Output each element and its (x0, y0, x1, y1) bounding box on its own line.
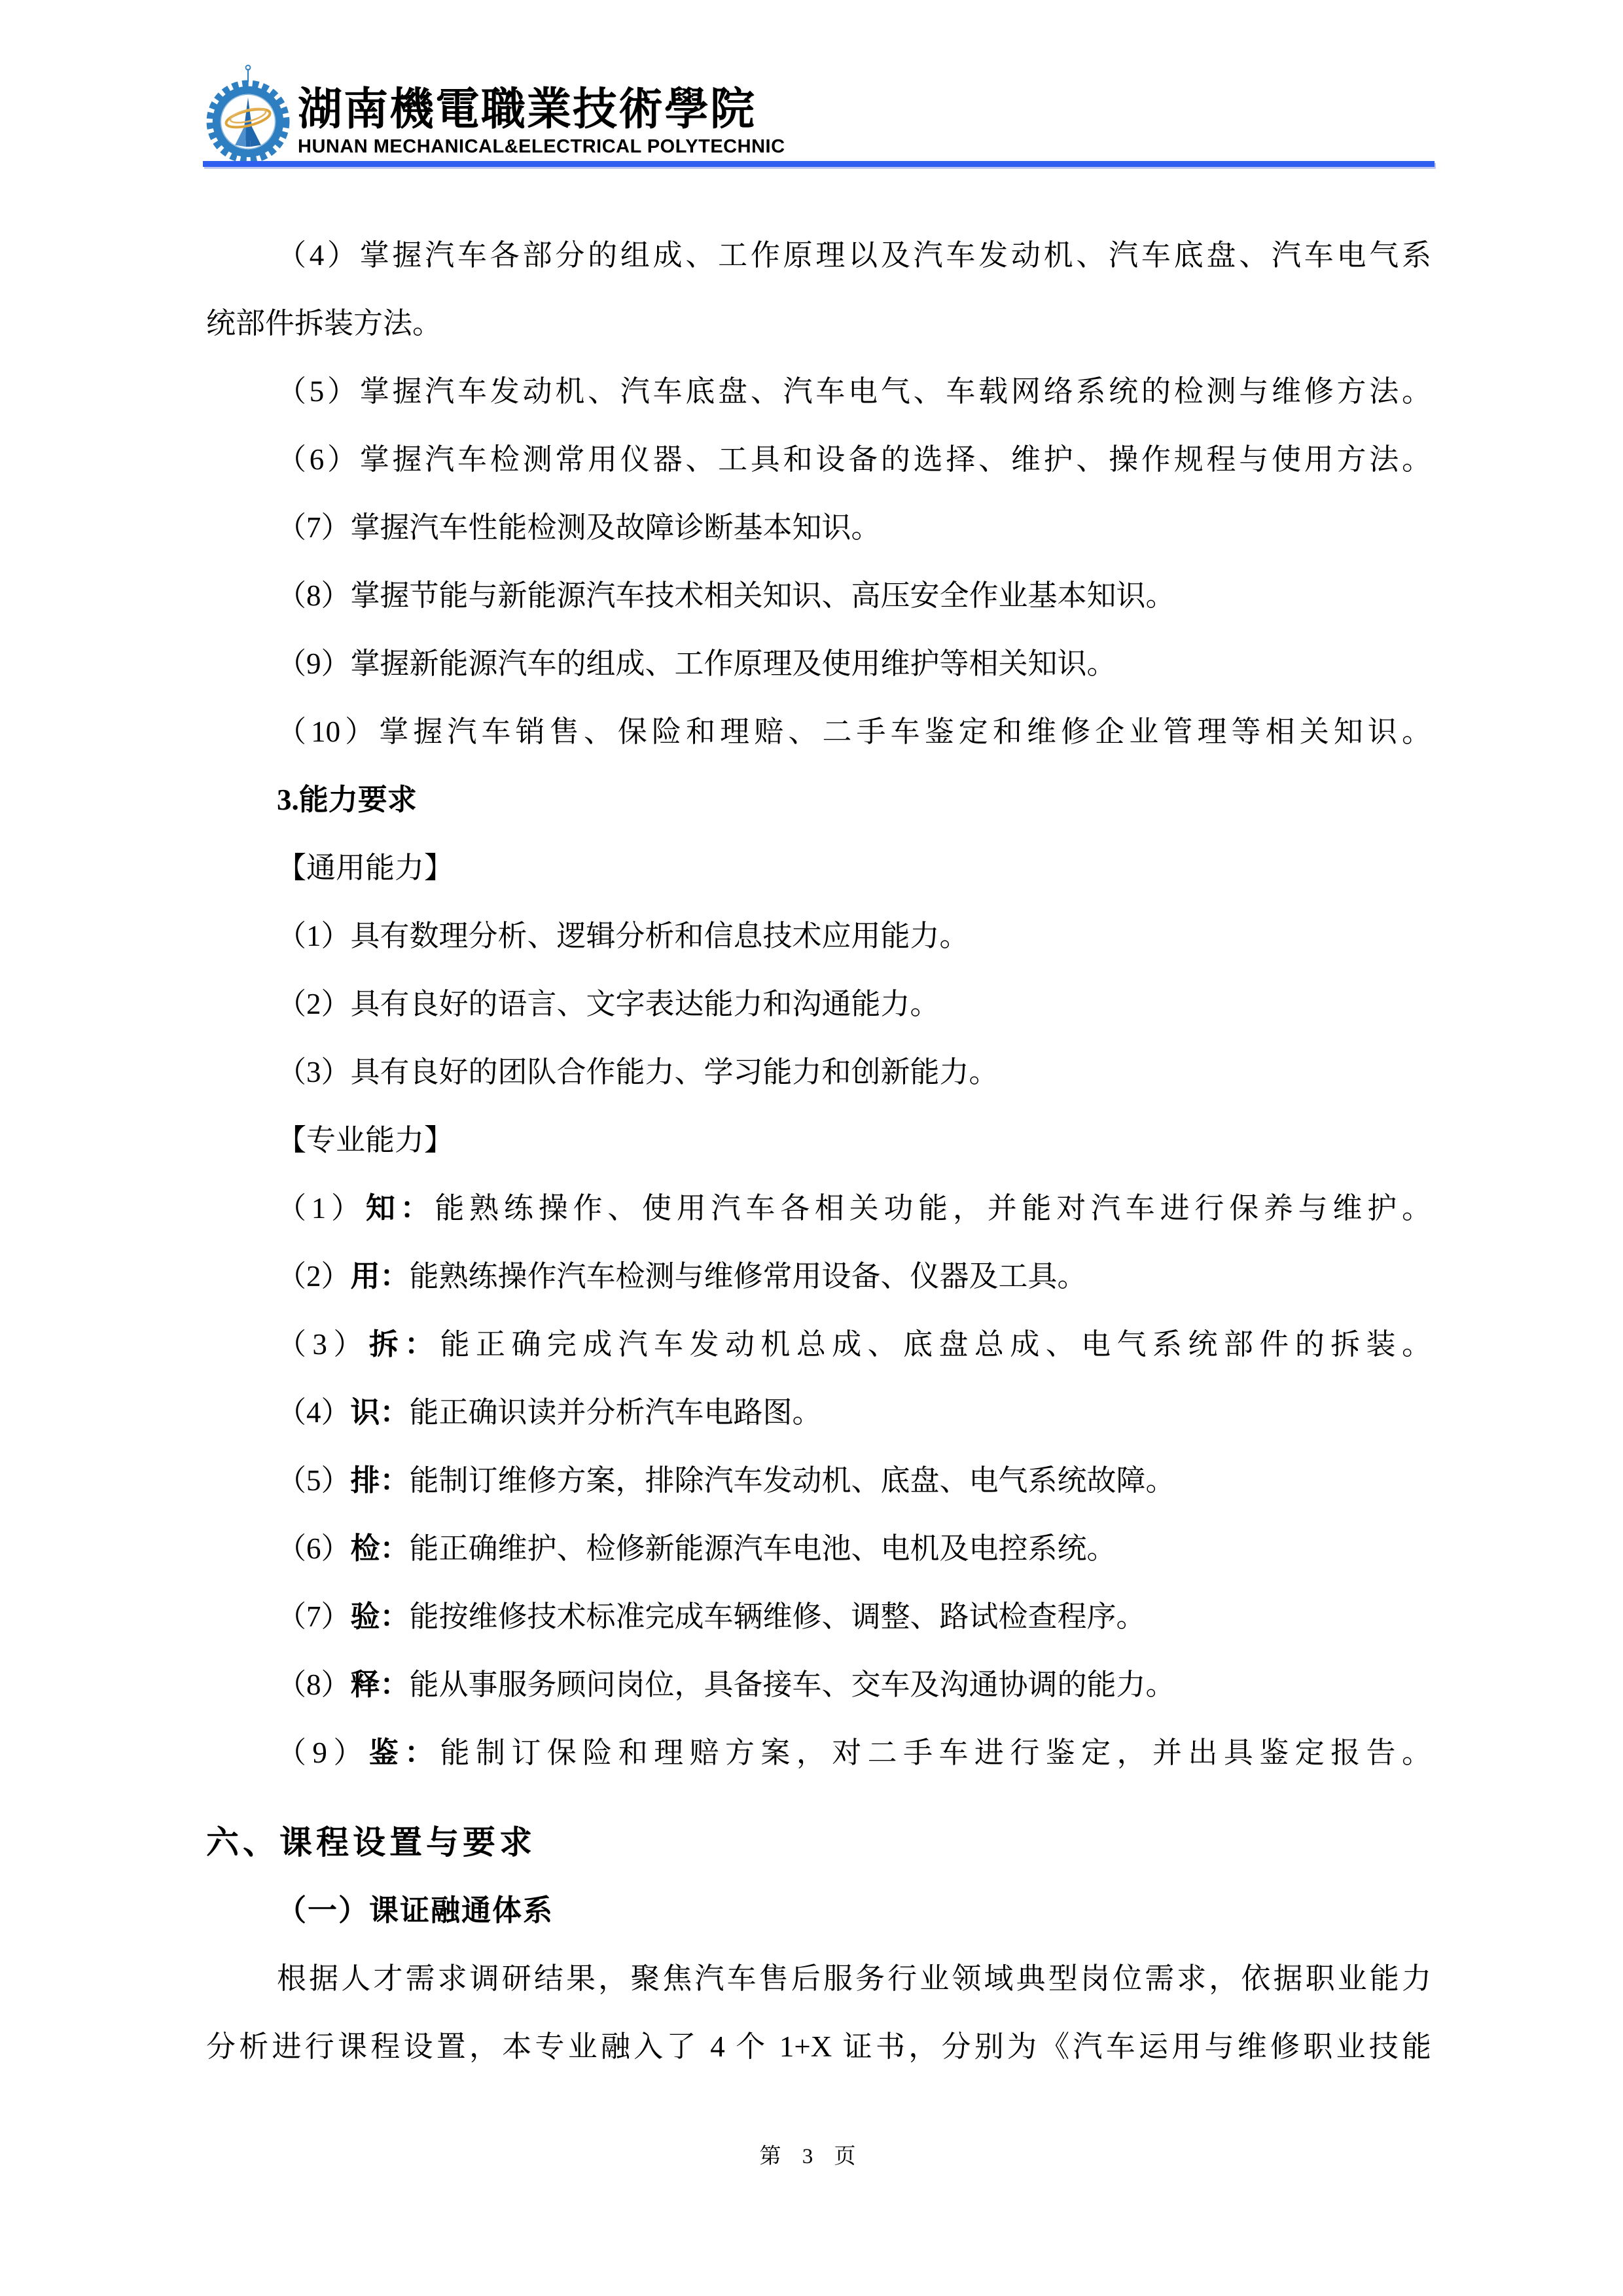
subheading-text: （一）课证融通体系 (277, 1894, 554, 1927)
item-text: 能制订维修方案，排除汽车发动机、底盘、电气系统故障。 (410, 1464, 1175, 1497)
item-number: （4） (277, 239, 360, 272)
item-number: （9） (277, 1736, 369, 1769)
item-number: （9） (277, 647, 351, 680)
item-text: 具有数理分析、逻辑分析和信息技术应用能力。 (351, 920, 969, 952)
professional-ability-item-9: （9）鉴：能制订保险和理赔方案，对二手车进行鉴定，并出具鉴定报告。 (206, 1719, 1431, 1787)
item-number: （5） (277, 375, 360, 408)
item-number: （1） (277, 1192, 366, 1225)
label-text: 【专业能力】 (277, 1124, 454, 1157)
item-text: 能按维修技术标准完成车辆维修、调整、路试检查程序。 (410, 1600, 1146, 1633)
item-keyword: 鉴： (369, 1736, 440, 1769)
general-ability-item-2: （2）具有良好的语言、文字表达能力和沟通能力。 (206, 970, 1431, 1038)
document-page: 湖南機電職業技術學院 HUNAN MECHANICAL&ELECTRICAL P… (0, 0, 1623, 2296)
item-keyword: 用： (351, 1260, 410, 1293)
item-text: 掌握新能源汽车的组成、工作原理及使用维护等相关知识。 (351, 647, 1116, 680)
knowledge-item-4-line2: 统部件拆装方法。 (206, 289, 1431, 357)
knowledge-item-5: （5）掌握汽车发动机、汽车底盘、汽车电气、车载网络系统的检测与维修方法。 (206, 357, 1431, 425)
item-text: 掌握汽车各部分的组成、工作原理以及汽车发动机、汽车底盘、汽车电气系 (360, 239, 1431, 272)
professional-ability-item-1: （1）知：能熟练操作、使用汽车各相关功能，并能对汽车进行保养与维护。 (206, 1174, 1431, 1242)
item-keyword: 验： (351, 1600, 410, 1633)
knowledge-item-7: （7）掌握汽车性能检测及故障诊断基本知识。 (206, 493, 1431, 562)
item-text: 能制订保险和理赔方案，对二手车进行鉴定，并出具鉴定报告。 (440, 1736, 1431, 1769)
item-number: （6） (277, 443, 360, 476)
item-text: 掌握节能与新能源汽车技术相关知识、高压安全作业基本知识。 (351, 579, 1175, 612)
item-number: （3） (277, 1056, 351, 1088)
professional-ability-label: 【专业能力】 (206, 1106, 1431, 1174)
paragraph-text: 根据人才需求调研结果，聚焦汽车售后服务行业领域典型岗位需求，依据职业能力 (277, 1962, 1431, 1995)
item-number: （2） (277, 988, 351, 1020)
item-keyword: 排： (351, 1464, 410, 1497)
header-divider-line (203, 161, 1435, 167)
item-text: 能正确完成汽车发动机总成、底盘总成、电气系统部件的拆装。 (440, 1328, 1431, 1361)
knowledge-item-6: （6）掌握汽车检测常用仪器、工具和设备的选择、维护、操作规程与使用方法。 (206, 425, 1431, 493)
professional-ability-item-3: （3）拆：能正确完成汽车发动机总成、底盘总成、电气系统部件的拆装。 (206, 1310, 1431, 1378)
item-text: 能从事服务顾问岗位，具备接车、交车及沟通协调的能力。 (410, 1668, 1175, 1701)
item-text: 统部件拆装方法。 (206, 307, 442, 340)
item-number: （4） (277, 1396, 351, 1429)
item-keyword: 拆： (369, 1328, 440, 1361)
school-name-block: 湖南機電職業技術學院 HUNAN MECHANICAL&ELECTRICAL P… (298, 84, 795, 157)
item-text: 能正确维护、检修新能源汽车电池、电机及电控系统。 (410, 1532, 1116, 1565)
item-number: （6） (277, 1532, 351, 1565)
professional-ability-item-2: （2）用：能熟练操作汽车检测与维修常用设备、仪器及工具。 (206, 1242, 1431, 1310)
item-text: 具有良好的语言、文字表达能力和沟通能力。 (351, 988, 940, 1020)
ability-heading: 3.能力要求 (206, 766, 1431, 834)
item-number: （7） (277, 1600, 351, 1633)
item-text: 掌握汽车检测常用仪器、工具和设备的选择、维护、操作规程与使用方法。 (360, 443, 1431, 476)
knowledge-item-4-line1: （4）掌握汽车各部分的组成、工作原理以及汽车发动机、汽车底盘、汽车电气系 (206, 221, 1431, 289)
general-ability-item-3: （3）具有良好的团队合作能力、学习能力和创新能力。 (206, 1038, 1431, 1106)
school-name-english: HUNAN MECHANICAL&ELECTRICAL POLYTECHNIC (298, 136, 795, 157)
item-number: （10） (277, 715, 379, 748)
knowledge-item-8: （8）掌握节能与新能源汽车技术相关知识、高压安全作业基本知识。 (206, 562, 1431, 630)
item-text: 掌握汽车性能检测及故障诊断基本知识。 (351, 511, 881, 544)
knowledge-item-10: （10）掌握汽车销售、保险和理赔、二手车鉴定和维修企业管理等相关知识。 (206, 698, 1431, 766)
item-keyword: 释： (351, 1668, 410, 1701)
paragraph-text: 分析进行课程设置，本专业融入了 4 个 1+X 证书，分别为《汽车运用与维修职业… (206, 2030, 1431, 2063)
item-keyword: 知： (366, 1192, 435, 1225)
section-subheading: （一）课证融通体系 (206, 1876, 1431, 1945)
logo-graphic (204, 63, 292, 165)
section-heading: 六、课程设置与要求 (206, 1808, 1431, 1876)
item-text: 能熟练操作汽车检测与维修常用设备、仪器及工具。 (410, 1260, 1087, 1293)
item-number: （5） (277, 1464, 351, 1497)
item-number: （8） (277, 579, 351, 612)
item-number: （3） (277, 1328, 369, 1361)
item-keyword: 检： (351, 1532, 410, 1565)
professional-ability-item-6: （6）检：能正确维护、检修新能源汽车电池、电机及电控系统。 (206, 1515, 1431, 1583)
knowledge-item-9: （9）掌握新能源汽车的组成、工作原理及使用维护等相关知识。 (206, 630, 1431, 698)
professional-ability-item-8: （8）释：能从事服务顾问岗位，具备接车、交车及沟通协调的能力。 (206, 1651, 1431, 1719)
item-text: 能熟练操作、使用汽车各相关功能，并能对汽车进行保养与维护。 (435, 1192, 1431, 1225)
item-number: （2） (277, 1260, 351, 1293)
label-text: 【通用能力】 (277, 852, 454, 884)
item-text: 具有良好的团队合作能力、学习能力和创新能力。 (351, 1056, 999, 1088)
school-logo (204, 63, 292, 168)
page-number: 第 3 页 (0, 2139, 1623, 2170)
heading-text: 3.能力要求 (277, 783, 417, 816)
document-body: （4）掌握汽车各部分的组成、工作原理以及汽车发动机、汽车底盘、汽车电气系 统部件… (206, 221, 1431, 2081)
heading-text: 六、课程设置与要求 (206, 1824, 536, 1861)
school-name-chinese: 湖南機電職業技術學院 (298, 84, 795, 135)
section-paragraph-line1: 根据人才需求调研结果，聚焦汽车售后服务行业领域典型岗位需求，依据职业能力 (206, 1945, 1431, 2013)
item-number: （7） (277, 511, 351, 544)
item-text: 能正确识读并分析汽车电路图。 (410, 1396, 822, 1429)
item-number: （1） (277, 920, 351, 952)
general-ability-item-1: （1）具有数理分析、逻辑分析和信息技术应用能力。 (206, 902, 1431, 970)
professional-ability-item-4: （4）识：能正确识读并分析汽车电路图。 (206, 1378, 1431, 1446)
item-text: 掌握汽车销售、保险和理赔、二手车鉴定和维修企业管理等相关知识。 (379, 715, 1431, 748)
professional-ability-item-5: （5）排：能制订维修方案，排除汽车发动机、底盘、电气系统故障。 (206, 1446, 1431, 1515)
professional-ability-item-7: （7）验：能按维修技术标准完成车辆维修、调整、路试检查程序。 (206, 1583, 1431, 1651)
item-keyword: 识： (351, 1396, 410, 1429)
section-paragraph-line2: 分析进行课程设置，本专业融入了 4 个 1+X 证书，分别为《汽车运用与维修职业… (206, 2013, 1431, 2081)
general-ability-label: 【通用能力】 (206, 834, 1431, 902)
item-text: 掌握汽车发动机、汽车底盘、汽车电气、车载网络系统的检测与维修方法。 (360, 375, 1431, 408)
item-number: （8） (277, 1668, 351, 1701)
antenna-icon (246, 65, 251, 82)
